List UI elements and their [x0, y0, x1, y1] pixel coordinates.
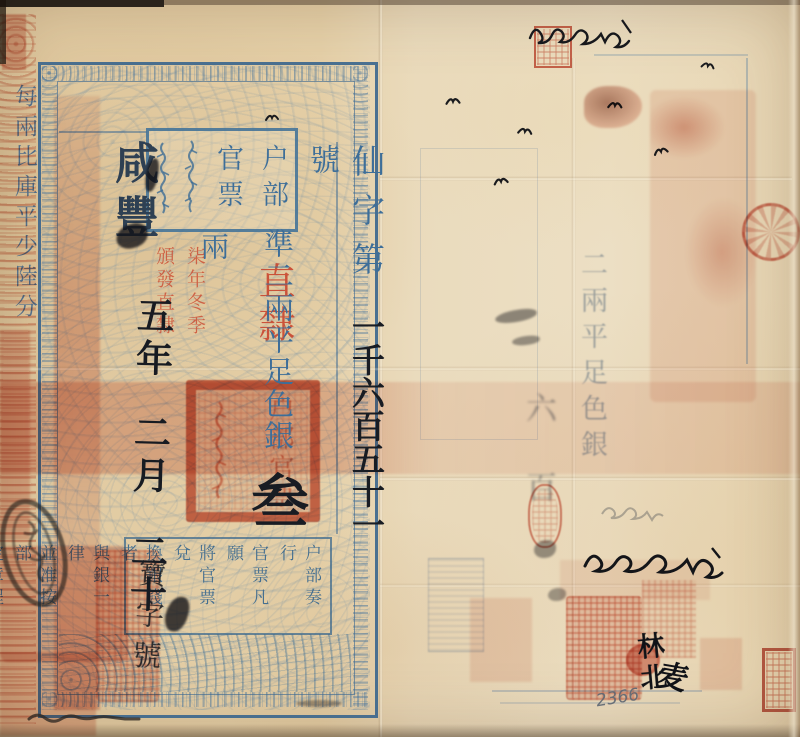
- ink-check-mark: [698, 54, 718, 76]
- circular-red-seal: [742, 203, 800, 261]
- header-col-hubu: 户部: [253, 144, 292, 216]
- ink-check-mark: [650, 141, 671, 163]
- serial-prefix: 仙字第: [347, 144, 386, 291]
- manchu-annotation-mid-icon: [580, 538, 740, 586]
- header-col-guanpiao: 官票: [208, 144, 247, 216]
- inner-rule-top: [59, 131, 147, 133]
- ink-bleed-blob: [548, 588, 566, 601]
- serial-number-handwritten: 一千六百五十一: [347, 310, 386, 541]
- scan-edge-left: [0, 0, 6, 64]
- show-through-frame-h: [594, 54, 748, 56]
- ink-check-mark: [605, 95, 625, 116]
- show-through-text: 二兩平足色銀: [572, 250, 611, 466]
- red-blotch-faint: [470, 598, 532, 682]
- seal-script-texture: [532, 489, 558, 543]
- manchu-annotation-faint-icon: [598, 498, 678, 528]
- red-square-seal-bottom-right: [762, 648, 796, 712]
- seal-script-texture: [766, 652, 792, 708]
- show-through-frame-v: [746, 58, 748, 364]
- ink-check-mark: [444, 92, 462, 111]
- tall-faded-red-seal: [650, 90, 756, 402]
- show-through-line: [500, 702, 680, 704]
- serial-suffix: 號: [304, 144, 339, 174]
- denomination-column: 準二兩平足色銀 叁 兩: [193, 228, 317, 558]
- bluegray-stamp-show-through: [428, 558, 484, 652]
- header-box: 户部 官票: [146, 128, 298, 232]
- red-blotch-faint: [700, 638, 742, 690]
- banknote-scan: 每兩比庫平少陸分 户部 官票 仙字第 一千六百五十一 號 直隸 柒年冬季 頒發直…: [0, 0, 800, 737]
- denomination-unit: 兩: [197, 232, 230, 260]
- date-year: 五年: [129, 295, 175, 382]
- denomination-prefix: 準二兩平足色銀: [258, 228, 293, 452]
- ink-check-mark: [264, 108, 280, 127]
- date-month: 二月: [126, 412, 172, 499]
- scan-edge-top-dark: [0, 0, 164, 7]
- crease-horizontal: [380, 176, 792, 181]
- top-left-red-mark: [2, 14, 26, 70]
- margin-inscription: 每兩比庫平少陸分: [8, 84, 41, 324]
- denomination-amount-handwritten: 叁: [241, 471, 309, 529]
- ink-check-mark: [514, 121, 535, 143]
- ink-check-mark: [491, 171, 511, 192]
- ink-bleed-blob: [512, 335, 541, 346]
- manchu-annotation-top-icon: [524, 14, 654, 54]
- crease-horizontal: [380, 476, 800, 481]
- manchu-script-icon: [180, 138, 202, 222]
- scan-edge-top: [164, 0, 800, 5]
- legal-col-5: 與銀一律: [62, 544, 112, 628]
- ink-squiggle-bottom: [26, 710, 146, 730]
- red-oval-seal: [528, 484, 562, 548]
- scan-edge-right: [788, 0, 800, 737]
- ink-bleed-blob: [494, 307, 537, 325]
